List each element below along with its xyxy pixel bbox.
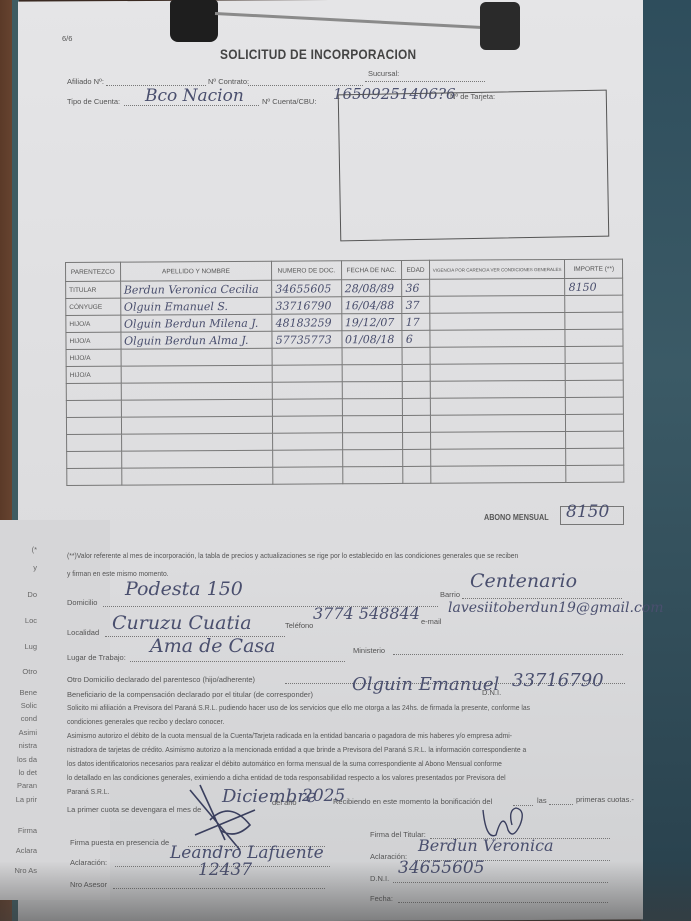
cell-edad[interactable]	[403, 381, 430, 398]
cell-fecha[interactable]	[342, 381, 403, 398]
cell-vigencia[interactable]	[430, 431, 566, 449]
lugar-trabajo-value: Ama de Casa	[150, 635, 276, 657]
underlying-fragment: Loc	[25, 616, 37, 625]
cell-vigencia[interactable]	[430, 346, 566, 364]
domicilio-label: Domicilio	[67, 598, 97, 607]
cell-edad[interactable]	[402, 364, 429, 381]
otro-domicilio-label: Otro Domicilio declarado del parentesco …	[67, 675, 255, 684]
underlying-fragment: Aclara	[16, 846, 37, 855]
cell-nombre[interactable]: Olguin Berdun Milena J.	[120, 314, 272, 332]
cell-fecha[interactable]: 28/08/89	[341, 279, 402, 296]
cell-importe[interactable]	[566, 448, 624, 465]
cell-nombre[interactable]: Berdun Veronica Cecilia	[120, 280, 272, 298]
cell-vigencia[interactable]	[430, 414, 566, 432]
localidad-value: Curuzu Cuatia	[112, 612, 252, 634]
cell-vigencia[interactable]	[429, 278, 565, 296]
contrato-label: Nº Contrato:	[208, 77, 249, 86]
cell-parentezco: HIJO/A	[66, 366, 121, 383]
header-cell: VIGENCIA POR CARENCIA VER CONDICIONES GE…	[429, 259, 565, 279]
cell-importe[interactable]	[566, 431, 624, 448]
page-number: 6/6	[62, 34, 72, 43]
cell-fecha[interactable]: 01/08/18	[341, 330, 402, 347]
underlying-fragment: Asimi	[19, 728, 37, 737]
underlying-fragment: Paran	[17, 781, 37, 790]
cell-vigencia[interactable]	[430, 380, 566, 398]
sucursal-label: Sucursal:	[368, 69, 399, 78]
cell-fecha[interactable]: 16/04/88	[341, 296, 402, 313]
tipo-cuenta-value: Bco Nacion	[145, 86, 244, 106]
legal-line: los datos identificatorios necesarios pa…	[67, 759, 502, 768]
header-cell: FECHA DE NAC.	[341, 260, 402, 279]
telefono-label: Teléfono	[285, 621, 313, 630]
clip-right-arm	[480, 2, 520, 50]
cell-nombre[interactable]	[121, 399, 273, 417]
header-cell: APELLIDO Y NOMBRE	[120, 261, 272, 281]
cell-parentezco	[67, 434, 122, 451]
cell-parentezco: CÓNYUGE	[66, 298, 121, 315]
barrio-value: Centenario	[470, 570, 577, 592]
underlying-fragment: Bene	[19, 688, 37, 697]
header-cell: NUMERO DE DOC.	[272, 261, 341, 280]
cell-importe[interactable]	[565, 295, 623, 312]
cell-nombre[interactable]	[121, 416, 273, 434]
domicilio-value: Podesta 150	[125, 578, 243, 600]
cell-edad[interactable]: 37	[402, 296, 429, 313]
form-title: SOLICITUD DE INCORPORACION	[220, 46, 416, 62]
cell-fecha[interactable]	[342, 398, 403, 415]
underlying-fragment: Do	[27, 590, 37, 599]
underlying-fragment: Firma	[18, 826, 37, 835]
cell-edad[interactable]	[402, 347, 429, 364]
cell-doc[interactable]	[272, 365, 341, 382]
lugar-trabajo-field[interactable]	[130, 660, 345, 662]
underlying-fragment: cond	[21, 714, 37, 723]
telefono-value: 3774 548844	[313, 604, 420, 623]
beneficiario-dni-value: 33716790	[512, 670, 604, 691]
cell-doc[interactable]: 34655605	[272, 280, 341, 297]
cell-vigencia[interactable]	[430, 312, 566, 330]
cell-importe[interactable]	[565, 329, 623, 346]
email-value: lavesiitoberdun19@gmail.com	[448, 600, 664, 616]
cell-edad[interactable]	[403, 466, 430, 483]
beneficiario-label: Beneficiario de la compensación declarad…	[67, 690, 313, 699]
cell-nombre[interactable]: Olguin Berdun Alma J.	[121, 331, 273, 349]
sucursal-field[interactable]	[365, 80, 485, 82]
cell-fecha[interactable]	[342, 432, 403, 449]
cell-edad[interactable]	[403, 398, 430, 415]
abono-mensual-label: ABONO MENSUAL	[484, 512, 549, 522]
cell-vigencia[interactable]	[430, 363, 566, 381]
cell-doc[interactable]	[273, 399, 342, 416]
cuenta-cbu-label: Nº Cuenta/CBU:	[262, 97, 316, 106]
barrio-label: Barrio	[440, 590, 460, 599]
cell-vigencia[interactable]	[430, 465, 566, 483]
cell-doc[interactable]	[273, 416, 342, 433]
cell-importe[interactable]: 8150	[565, 278, 623, 295]
family-table: PARENTEZCOAPELLIDO Y NOMBRENUMERO DE DOC…	[65, 259, 624, 486]
legal-line: lo detallado en las condiciones generale…	[67, 773, 506, 782]
cell-edad[interactable]: 17	[402, 313, 429, 330]
bottom-shadow	[0, 861, 691, 921]
anio-label: del año	[272, 798, 297, 807]
cell-doc[interactable]	[273, 433, 342, 450]
cell-nombre[interactable]	[121, 433, 273, 451]
las-label: las	[537, 796, 547, 805]
cell-nombre[interactable]	[121, 467, 273, 485]
cell-parentezco	[66, 400, 121, 417]
cell-importe[interactable]	[566, 465, 624, 482]
underlying-fragment: Otro	[22, 667, 37, 676]
underlying-fragment: (*	[32, 545, 37, 554]
cell-vigencia[interactable]	[429, 295, 565, 313]
cell-parentezco	[67, 468, 122, 485]
cell-importe[interactable]	[565, 312, 623, 329]
underlying-fragment: y	[33, 563, 37, 572]
bonificacion-text: Recibiendo en este momento la bonificaci…	[333, 797, 492, 806]
clip-wire	[215, 12, 485, 29]
ministerio-field[interactable]	[393, 653, 623, 655]
cell-nombre[interactable]: Olguin Emanuel S.	[120, 297, 272, 315]
cell-nombre[interactable]	[121, 382, 273, 400]
cell-edad[interactable]	[403, 432, 430, 449]
header-cell: IMPORTE (**)	[565, 259, 623, 278]
cell-nombre[interactable]	[121, 348, 273, 366]
abono-mensual-value: 8150	[566, 502, 609, 522]
background-right	[641, 0, 691, 921]
cell-parentezco	[67, 451, 122, 468]
clip-left-arm	[170, 0, 218, 42]
cell-parentezco	[66, 417, 121, 434]
lugar-trabajo-label: Lugar de Trabajo:	[67, 653, 126, 662]
note-line-2: y firman en este mismo momento.	[67, 569, 169, 578]
underlying-fragment: Lug	[24, 642, 37, 651]
underlying-fragment: nistra	[19, 741, 37, 750]
cell-doc[interactable]: 33716790	[272, 297, 341, 314]
cell-vigencia[interactable]	[430, 448, 566, 466]
cell-fecha[interactable]	[342, 364, 403, 381]
cell-importe[interactable]	[566, 363, 624, 380]
header-cell: PARENTEZCO	[66, 262, 121, 281]
legal-line: Solicito mi afiliación a Previsora del P…	[67, 703, 530, 712]
barrio-field[interactable]	[462, 597, 622, 599]
cell-doc[interactable]	[273, 450, 342, 467]
ministerio-label: Ministerio	[353, 646, 385, 655]
afiliado-label: Afiliado Nº:	[67, 77, 104, 86]
beneficiario-value: Olguin Emanuel	[352, 674, 499, 695]
localidad-label: Localidad	[67, 628, 99, 637]
underlying-fragment: los da	[17, 755, 37, 764]
las-field[interactable]	[549, 803, 573, 805]
legal-line: Asimismo autorizo el débito de la cuota …	[67, 731, 512, 740]
cell-importe[interactable]	[566, 414, 624, 431]
cell-parentezco: HIJO/A	[66, 349, 121, 366]
cell-vigencia[interactable]	[430, 329, 566, 347]
tarjeta-box[interactable]	[338, 90, 610, 242]
primeras-cuotas-text: primeras cuotas.-	[576, 795, 634, 804]
cell-doc[interactable]	[273, 467, 342, 484]
cell-edad[interactable]: 36	[402, 279, 429, 296]
cell-fecha[interactable]	[342, 347, 403, 364]
cell-fecha[interactable]	[342, 466, 403, 483]
legal-line: condiciones generales que recibo y decla…	[67, 717, 224, 726]
underlying-fragment: La prir	[16, 795, 37, 804]
cell-parentezco: HIJO/A	[66, 315, 121, 332]
cell-parentezco	[66, 383, 121, 400]
cell-vigencia[interactable]	[430, 397, 566, 415]
cell-parentezco: HIJO/A	[66, 332, 121, 349]
table-row	[67, 465, 624, 485]
tipo-cuenta-label: Tipo de Cuenta:	[67, 97, 120, 106]
cell-doc[interactable]: 48183259	[272, 314, 341, 331]
note-line-1: (**)Valor referente al mes de incorporac…	[67, 551, 518, 560]
cell-doc[interactable]	[272, 382, 341, 399]
cell-parentezco: TITULAR	[66, 281, 121, 298]
header-cell: EDAD	[402, 260, 430, 279]
legal-line: Paraná S.R.L.	[67, 787, 109, 796]
beneficiario-dni-label: D.N.I.	[482, 688, 501, 697]
underlying-fragment: Solic	[21, 701, 37, 710]
cell-nombre[interactable]	[121, 450, 273, 468]
cell-edad[interactable]: 6	[402, 330, 429, 347]
presencia-label: Firma puesta en presencia de	[70, 838, 169, 847]
cell-edad[interactable]	[403, 449, 430, 466]
aclaracion-right-value: Berdun Veronica	[418, 836, 554, 855]
cell-importe[interactable]	[566, 397, 624, 414]
cell-importe[interactable]	[566, 380, 624, 397]
cell-doc[interactable]	[272, 348, 341, 365]
cell-fecha[interactable]: 19/12/07	[341, 313, 402, 330]
cell-edad[interactable]	[403, 415, 430, 432]
cell-fecha[interactable]	[342, 449, 403, 466]
underlying-fragment: lo det	[19, 768, 37, 777]
legal-line: nistradora de tarjetas de crédito. Asimi…	[67, 745, 526, 754]
email-label: e-mail	[421, 617, 441, 626]
cell-doc[interactable]: 57735773	[272, 331, 341, 348]
cell-nombre[interactable]	[121, 365, 273, 383]
cell-fecha[interactable]	[342, 415, 403, 432]
cell-importe[interactable]	[566, 346, 624, 363]
